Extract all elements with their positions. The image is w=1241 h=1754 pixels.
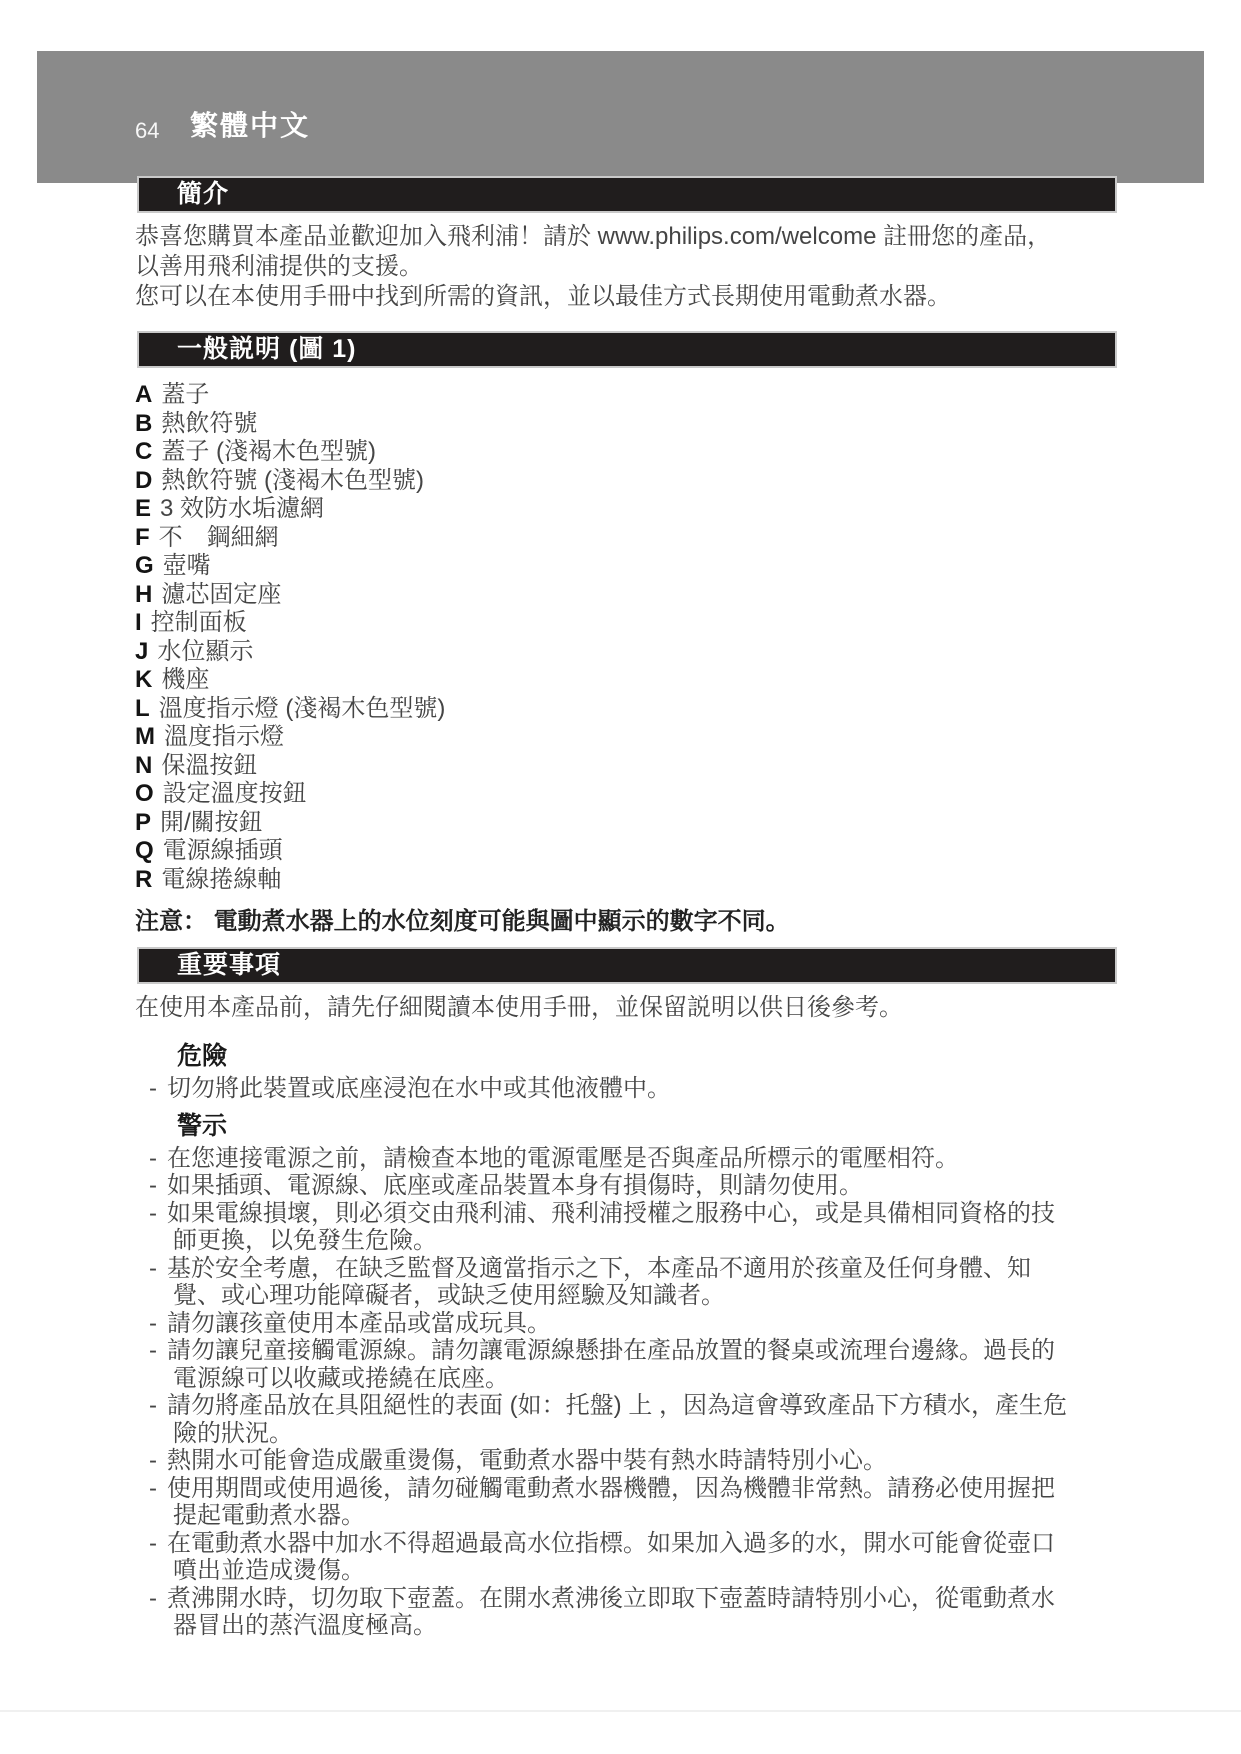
warning-item: - 使用期間或使用過後，請勿碰觸電動煮水器機體，因為機體非常熱。請務必使用握把 … <box>137 1475 1241 1530</box>
bullet-dash: - <box>149 1585 157 1613</box>
bullet-dash: - <box>149 1310 157 1338</box>
bullet-dash: - <box>149 1200 157 1228</box>
item-letter: M <box>135 723 155 750</box>
general-description-list: A蓋子 B熱飲符號 C蓋子 (淺褐木色型號) D熱飲符號 (淺褐木色型號) E3… <box>135 381 1241 894</box>
item-text: 蓋子 (淺褐木色型號) <box>161 438 376 465</box>
bullet-line: 在電動煮水器中加水不得超過最高水位指標。如果加入過多的水，開水可能會從壺口 <box>167 1530 1055 1557</box>
item-letter: Q <box>135 837 154 864</box>
list-item: L溫度指示燈 (淺褐木色型號) <box>135 695 1241 724</box>
bullet-dash: - <box>149 1075 157 1103</box>
warning-item: - 在您連接電源之前，請檢查本地的電源電壓是否與產品所標示的電壓相符。 <box>137 1145 1241 1173</box>
list-item: B熱飲符號 <box>135 410 1241 439</box>
item-text: 電源線插頭 <box>163 837 283 864</box>
section-title: 重要事項 <box>177 951 281 979</box>
list-item: P開/關按鈕 <box>135 809 1241 838</box>
item-text: 溫度指示燈 (淺褐木色型號) <box>159 695 446 722</box>
intro-line: 您可以在本使用手冊中找到所需的資訊，並以最佳方式長期使用電動煮水器。 <box>135 282 1145 312</box>
list-item: F不 鋼細網 <box>135 524 1241 553</box>
list-item: D熱飲符號 (淺褐木色型號) <box>135 467 1241 496</box>
list-item: K機座 <box>135 666 1241 695</box>
item-letter: P <box>135 809 151 836</box>
item-text: 溫度指示燈 <box>164 723 284 750</box>
bullet-dash: - <box>149 1392 157 1420</box>
bullet-line: 請勿讓孩童使用本產品或當成玩具。 <box>167 1310 551 1337</box>
list-item: C蓋子 (淺褐木色型號) <box>135 438 1241 467</box>
section-bar-intro: 簡介 <box>137 176 1117 213</box>
item-letter: F <box>135 524 150 551</box>
item-text: 熱飲符號 (淺褐木色型號) <box>161 467 424 494</box>
bullet-continuation: 提起電動煮水器。 <box>173 1502 1241 1530</box>
item-text: 3 效防水垢濾網 <box>160 495 324 522</box>
item-text: 不 鋼細網 <box>159 524 279 551</box>
bullet-continuation: 覺、或心理功能障礙者，或缺乏使用經驗及知識者。 <box>173 1282 1241 1310</box>
list-item: O設定溫度按鈕 <box>135 780 1241 809</box>
list-item: I控制面板 <box>135 609 1241 638</box>
bullet-dash: - <box>149 1447 157 1475</box>
bullet-dash: - <box>149 1530 157 1558</box>
item-text: 濾芯固定座 <box>161 581 281 608</box>
intro-line: 恭喜您購買本產品並歡迎加入飛利浦！請於 www.philips.com/welc… <box>135 222 1145 252</box>
section-bar-important: 重要事項 <box>137 947 1117 984</box>
item-text: 機座 <box>161 666 209 693</box>
section-title: 簡介 <box>177 180 229 208</box>
bullet-line: 請勿讓兒童接觸電源線。請勿讓電源線懸掛在產品放置的餐桌或流理台邊緣。過長的 <box>167 1337 1055 1364</box>
warning-item: - 請勿讓兒童接觸電源線。請勿讓電源線懸掛在產品放置的餐桌或流理台邊緣。過長的 … <box>137 1337 1241 1392</box>
warning-item: - 如果電線損壞，則必須交由飛利浦、飛利浦授權之服務中心，或是具備相同資格的技 … <box>137 1200 1241 1255</box>
item-letter: J <box>135 638 148 665</box>
page-language-title: 繁體中文 <box>190 109 310 143</box>
warning-item: - 在電動煮水器中加水不得超過最高水位指標。如果加入過多的水，開水可能會從壺口 … <box>137 1530 1241 1585</box>
item-letter: L <box>135 695 150 722</box>
item-letter: E <box>135 495 151 522</box>
section-title: 一般説明 (圖 1) <box>177 335 356 363</box>
item-text: 控制面板 <box>151 609 247 636</box>
bullet-continuation: 電源線可以收藏或捲繞在底座。 <box>173 1365 1241 1393</box>
bullet-continuation: 師更換，以免發生危險。 <box>173 1227 1241 1255</box>
bullet-continuation: 險的狀況。 <box>173 1420 1241 1448</box>
item-letter: A <box>135 381 152 408</box>
list-item: J水位顯示 <box>135 638 1241 667</box>
bullet-continuation: 器冒出的蒸汽溫度極高。 <box>173 1612 1241 1640</box>
danger-list: - 切勿將此裝置或底座浸泡在水中或其他液體中。 <box>137 1075 1241 1103</box>
bullet-line: 基於安全考慮，在缺乏監督及適當指示之下，本產品不適用於孩童及任何身體、知 <box>167 1255 1031 1282</box>
item-text: 設定溫度按鈕 <box>163 780 307 807</box>
bullet-line: 如果插頭、電源線、底座或產品裝置本身有損傷時，則請勿使用。 <box>167 1172 863 1199</box>
item-letter: D <box>135 467 152 494</box>
item-letter: K <box>135 666 152 693</box>
bullet-line: 切勿將此裝置或底座浸泡在水中或其他液體中。 <box>167 1075 671 1102</box>
bullet-line: 使用期間或使用過後，請勿碰觸電動煮水器機體，因為機體非常熱。請務必使用握把 <box>167 1475 1055 1502</box>
note-text: 注意： 電動煮水器上的水位刻度可能與圖中顯示的數字不同。 <box>135 907 1241 937</box>
bullet-line: 請勿將產品放在具阻絕性的表面 (如：托盤) 上 ，因為這會導致產品下方積水，產生… <box>167 1392 1067 1419</box>
danger-item: - 切勿將此裝置或底座浸泡在水中或其他液體中。 <box>137 1075 1241 1103</box>
page-number: 64 <box>135 118 159 144</box>
list-item: R電線捲線軸 <box>135 866 1241 895</box>
intro-line: 以善用飛利浦提供的支援。 <box>135 252 1145 282</box>
list-item: M溫度指示燈 <box>135 723 1241 752</box>
warning-item: - 基於安全考慮，在缺乏監督及適當指示之下，本產品不適用於孩童及任何身體、知 覺… <box>137 1255 1241 1310</box>
warning-item: - 如果插頭、電源線、底座或產品裝置本身有損傷時，則請勿使用。 <box>137 1172 1241 1200</box>
warning-list: - 在您連接電源之前，請檢查本地的電源電壓是否與產品所標示的電壓相符。 - 如果… <box>137 1145 1241 1640</box>
item-text: 水位顯示 <box>157 638 253 665</box>
item-text: 熱飲符號 <box>161 410 257 437</box>
bullet-continuation: 噴出並造成燙傷。 <box>173 1557 1241 1585</box>
item-text: 開/關按鈕 <box>160 809 263 836</box>
bullet-line: 煮沸開水時，切勿取下壺蓋。在開水煮沸後立即取下壺蓋時請特別小心，從電動煮水 <box>167 1585 1055 1612</box>
item-text: 壺嘴 <box>163 552 211 579</box>
list-item: A蓋子 <box>135 381 1241 410</box>
bullet-dash: - <box>149 1475 157 1503</box>
item-letter: G <box>135 552 154 579</box>
warning-item: - 請勿將產品放在具阻絕性的表面 (如：托盤) 上 ，因為這會導致產品下方積水，… <box>137 1392 1241 1447</box>
bullet-dash: - <box>149 1337 157 1365</box>
bullet-line: 在您連接電源之前，請檢查本地的電源電壓是否與產品所標示的電壓相符。 <box>167 1145 959 1172</box>
list-item: H濾芯固定座 <box>135 581 1241 610</box>
warning-item: - 煮沸開水時，切勿取下壺蓋。在開水煮沸後立即取下壺蓋時請特別小心，從電動煮水 … <box>137 1585 1241 1640</box>
danger-heading: 危險 <box>177 1042 1241 1070</box>
item-letter: B <box>135 410 152 437</box>
warning-item: - 熱開水可能會造成嚴重燙傷，電動煮水器中裝有熱水時請特別小心。 <box>137 1447 1241 1475</box>
warning-heading: 警示 <box>177 1112 1241 1140</box>
bullet-dash: - <box>149 1172 157 1200</box>
bullet-line: 熱開水可能會造成嚴重燙傷，電動煮水器中裝有熱水時請特別小心。 <box>167 1447 887 1474</box>
list-item: Q電源線插頭 <box>135 837 1241 866</box>
warning-item: - 請勿讓孩童使用本產品或當成玩具。 <box>137 1310 1241 1338</box>
scan-artifact-line <box>0 1710 1241 1712</box>
item-text: 蓋子 <box>161 381 209 408</box>
bullet-line: 如果電線損壞，則必須交由飛利浦、飛利浦授權之服務中心，或是具備相同資格的技 <box>167 1200 1055 1227</box>
list-item: N保溫按鈕 <box>135 752 1241 781</box>
list-item: G壺嘴 <box>135 552 1241 581</box>
list-item: E3 效防水垢濾網 <box>135 495 1241 524</box>
bullet-dash: - <box>149 1255 157 1283</box>
intro-paragraph: 恭喜您購買本產品並歡迎加入飛利浦！請於 www.philips.com/welc… <box>135 222 1145 312</box>
item-letter: R <box>135 866 152 893</box>
section-bar-general: 一般説明 (圖 1) <box>137 331 1117 368</box>
item-text: 電線捲線軸 <box>161 866 281 893</box>
item-text: 保溫按鈕 <box>161 752 257 779</box>
item-letter: C <box>135 438 152 465</box>
important-intro: 在使用本產品前，請先仔細閱讀本使用手冊，並保留説明以供日後參考。 <box>135 994 1241 1022</box>
item-letter: O <box>135 780 154 807</box>
item-letter: I <box>135 609 142 636</box>
page-header-band: 64 繁體中文 <box>37 51 1204 183</box>
bullet-dash: - <box>149 1145 157 1173</box>
item-letter: N <box>135 752 152 779</box>
item-letter: H <box>135 581 152 608</box>
